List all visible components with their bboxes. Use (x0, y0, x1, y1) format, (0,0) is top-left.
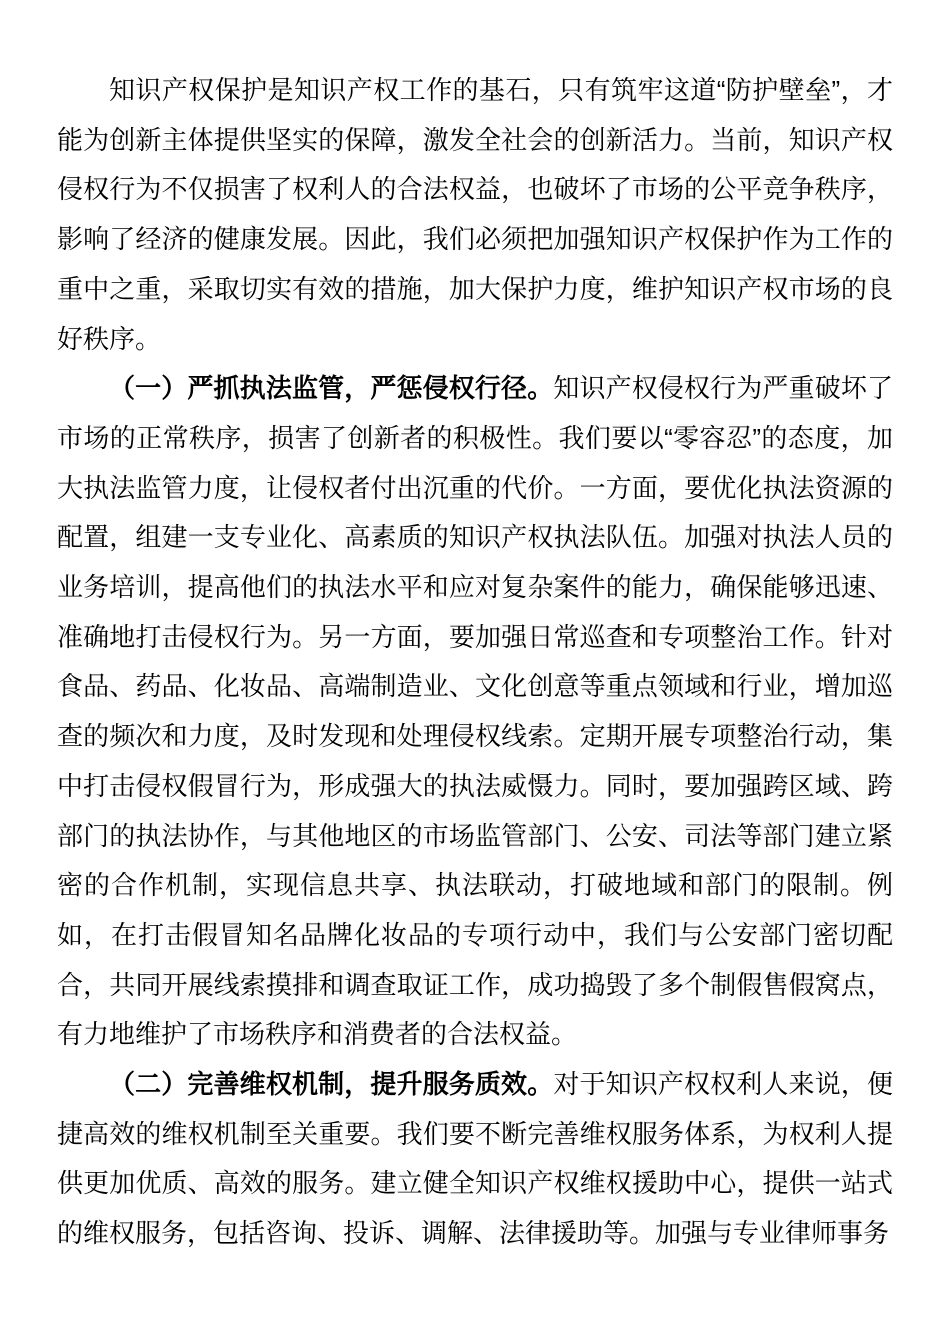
section-1-body-text: 知识产权侵权行为严重破坏了市场的正常秩序，损害了创新者的积极性。我们要以“零容忍… (57, 373, 893, 1049)
section-2-paragraph: （二）完善维权机制，提升服务质效。对于知识产权权利人来说，便捷高效的维权机制至关… (57, 1060, 893, 1259)
section-2-heading: （二）完善维权机制，提升服务质效。 (109, 1069, 553, 1099)
intro-paragraph: 知识产权保护是知识产权工作的基石，只有筑牢这道“防护壁垒”，才能为创新主体提供坚… (57, 66, 893, 364)
section-1-heading: （一）严抓执法监管，严惩侵权行径。 (109, 373, 553, 403)
intro-paragraph-text: 知识产权保护是知识产权工作的基石，只有筑牢这道“防护壁垒”，才能为创新主体提供坚… (57, 75, 893, 354)
document-page: 知识产权保护是知识产权工作的基石，只有筑牢这道“防护壁垒”，才能为创新主体提供坚… (0, 0, 950, 1344)
section-1-paragraph: （一）严抓执法监管，严惩侵权行径。知识产权侵权行为严重破坏了市场的正常秩序，损害… (57, 364, 893, 1060)
